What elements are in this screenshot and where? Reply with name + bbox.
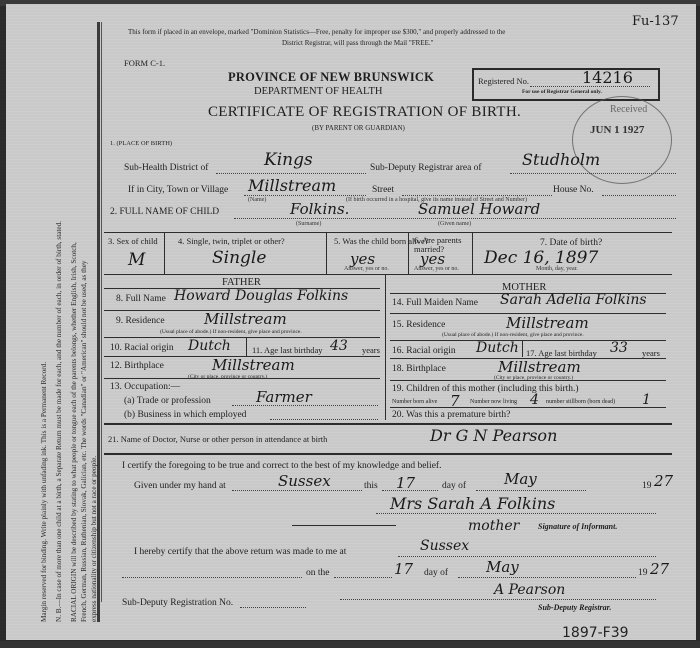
street-line (402, 195, 552, 196)
street-label: Street (372, 185, 394, 195)
on-the-label: on the (306, 568, 329, 578)
mother-birthplace-value: Millstream (498, 358, 581, 376)
registration-number-label: Sub-Deputy Registration No. (122, 598, 233, 608)
registrar-statement: I hereby certify that the above return w… (134, 547, 346, 557)
sub-health-district-line (216, 173, 366, 174)
file-reference-bottom: 1897-F39 (562, 625, 629, 641)
house-number-label: House No. (553, 185, 594, 195)
father-residence-label: 9. Residence (116, 316, 165, 326)
mother-name-value: Sarah Adelia Folkins (500, 292, 647, 308)
trade-value: Farmer (256, 388, 312, 406)
city-town-village-label: If in City, Town or Village (128, 185, 228, 195)
registrar-caption: Sub-Deputy Registrar. (538, 603, 611, 612)
registration-number-line (240, 607, 306, 608)
father-residence-caption: (Usual place of abode.) If non-resident,… (160, 329, 302, 335)
informant-relation: mother (468, 518, 519, 534)
registrar-place-line (398, 556, 656, 557)
children-label: 19. Children of this mother (including t… (392, 384, 579, 394)
column-divider (385, 274, 386, 420)
born-alive-caption: Answer, yes or no. (344, 266, 389, 272)
mother-age-label: 17. Age last birthday (526, 348, 597, 358)
registered-number-label: Registered No. (478, 76, 529, 86)
place-of-birth-label: 1. (PLACE OF BIRTH) (110, 140, 172, 147)
rule (104, 274, 672, 275)
date-of-birth-value: Dec 16, 1897 (484, 248, 598, 268)
rule (104, 453, 672, 455)
registrar-month: May (486, 558, 519, 576)
sub-deputy-area-value: Studholm (522, 150, 600, 169)
certification-day: 17 (396, 474, 415, 492)
city-line (244, 195, 366, 196)
business-label: (b) Business in which employed (124, 410, 246, 420)
trade-label: (a) Trade or profession (124, 396, 211, 406)
house-number-line (602, 195, 676, 196)
sub-health-district-label: Sub-Health District of (124, 163, 208, 173)
sex-label: 3. Sex of child (108, 236, 158, 246)
registrar-day-of-label: day of (424, 568, 448, 578)
city-caption: (Name) (248, 197, 266, 203)
city-value: Millstream (248, 176, 336, 195)
rule (326, 232, 327, 274)
father-residence-value: Millstream (204, 310, 287, 328)
father-racial-label: 10. Racial origin (110, 343, 174, 353)
occupation-label: 13. Occupation:— (110, 382, 180, 392)
postal-notice-line1: This form if placed in an envelope, mark… (128, 28, 505, 36)
premature-label: 20. Was this a premature birth? (392, 410, 510, 420)
margin-note-5: express nationality or citizenship but n… (90, 456, 99, 622)
rule (164, 232, 165, 274)
father-heading: FATHER (222, 277, 261, 288)
form-id: FORM C-1. (124, 58, 165, 68)
stillborn-value: 1 (642, 392, 651, 408)
margin-note-3: RACIAL ORIGIN will be described by stati… (70, 242, 79, 622)
father-birthplace-label: 12. Birthplace (110, 361, 164, 371)
stillborn-label: number stillborn (born dead) (546, 399, 615, 405)
father-age-label: 11. Age last birthday (252, 345, 323, 355)
sub-deputy-area-line (510, 173, 676, 174)
registrar-day: 17 (394, 560, 413, 578)
father-name-value: Howard Douglas Folkins (174, 288, 348, 304)
business-line (270, 419, 378, 420)
given-at-label: Given under my hand at (134, 481, 226, 491)
plurality-label: 4. Single, twin, triplet or other? (178, 236, 285, 246)
registrar-month-line (458, 577, 636, 578)
day-of-label: day of (442, 481, 466, 491)
given-at-line (232, 490, 362, 491)
date-of-birth-label: 7. Date of birth? (540, 238, 602, 248)
informant-signature: Mrs Sarah A Folkins (390, 494, 555, 513)
father-age-value: 43 (330, 338, 348, 354)
now-living-value: 4 (530, 392, 539, 408)
province-title: PROVINCE OF NEW BRUNSWICK (228, 70, 434, 85)
registrar-day-line (334, 577, 392, 578)
certificate-title: CERTIFICATE OF REGISTRATION OF BIRTH. (208, 104, 521, 121)
rule (104, 378, 380, 379)
margin-note-1: Margin reserved for binding. Write plain… (40, 362, 49, 622)
mother-name-label: 14. Full Maiden Name (392, 298, 478, 308)
mother-residence-value: Millstream (506, 314, 589, 332)
date-of-birth-caption: Month, day, year. (536, 266, 578, 272)
father-birthplace-value: Millstream (212, 356, 295, 374)
registrar-year: 27 (650, 560, 669, 578)
registrar-year-prefix: 19 (638, 568, 648, 578)
file-reference-top: Fu-137 (632, 14, 679, 29)
binding-margin-rule-thin (101, 22, 102, 602)
mother-racial-value: Dutch (476, 340, 519, 356)
mother-residence-label: 15. Residence (392, 320, 445, 330)
parents-married-caption: Answer, yes or no. (414, 266, 459, 272)
given-at-place: Sussex (278, 472, 331, 490)
margin-note-2: N. B.—In case of more than one child at … (55, 221, 64, 622)
rule (292, 525, 396, 526)
sub-health-district-value: Kings (264, 150, 313, 170)
rule (390, 380, 666, 381)
registered-number-note: For use of Registrar General only. (522, 89, 602, 95)
registrar-signature: A Pearson (494, 582, 565, 598)
informant-signature-line (376, 513, 656, 514)
registrar-place: Sussex (420, 538, 469, 554)
margin-note-4: French, German, Russian, Ruthenian, Slov… (80, 260, 89, 622)
surname-caption: (Surname) (296, 221, 321, 227)
given-name-caption: (Given name) (438, 221, 471, 227)
stamp-date: JUN 1 1927 (590, 124, 644, 136)
rule (522, 341, 523, 357)
rule (472, 232, 473, 274)
registrar-signature-line (340, 599, 656, 600)
mother-racial-label: 16. Racial origin (392, 346, 456, 356)
mother-residence-caption: (Usual place of abode.) If non-resident,… (442, 332, 584, 338)
sub-deputy-area-label: Sub-Deputy Registrar area of (370, 163, 482, 173)
certification-month: May (504, 470, 537, 488)
year-prefix: 19 (642, 481, 652, 491)
mother-age-unit: years (642, 348, 660, 358)
rule (390, 407, 666, 408)
father-name-label: 8. Full Name (116, 294, 166, 304)
certificate-subtitle: (BY PARENT OR GUARDIAN) (312, 124, 405, 132)
registered-number-value: 14216 (582, 68, 633, 87)
born-alive-count-label: Number born alive (392, 399, 437, 405)
child-name-line (234, 218, 676, 219)
attendant-label: 21. Name of Doctor, Nurse or other perso… (108, 434, 327, 444)
mother-birthplace-label: 18. Birthplace (392, 364, 446, 374)
postal-notice-line2: District Registrar, will pass through th… (282, 39, 433, 47)
scan-bottom-edge (0, 641, 700, 648)
sex-value: M (128, 250, 145, 270)
stamp-received-text: Received (610, 104, 647, 115)
child-surname: Folkins. (290, 200, 349, 218)
this-label: this (364, 481, 378, 491)
attendant-value: Dr G N Pearson (430, 426, 557, 445)
department-title: DEPARTMENT OF HEALTH (254, 86, 383, 97)
father-racial-value: Dutch (188, 338, 231, 354)
child-given-name: Samuel Howard (418, 200, 540, 218)
rule (104, 232, 672, 233)
rule (104, 423, 672, 425)
plurality-value: Single (212, 248, 266, 268)
father-birthplace-caption: (City or place, province or country.) (188, 374, 267, 380)
certification-statement: I certify the foregoing to be true and c… (122, 461, 441, 471)
certification-year: 27 (654, 472, 673, 490)
mother-age-value: 33 (610, 340, 628, 356)
child-name-label: 2. FULL NAME OF CHILD (110, 207, 219, 217)
father-age-unit: years (362, 345, 380, 355)
informant-caption: Signature of Informant. (538, 522, 617, 531)
now-living-label: Number now living (470, 399, 517, 405)
rule (246, 338, 247, 356)
registrar-blank-line (122, 577, 302, 578)
month-line (476, 490, 586, 491)
